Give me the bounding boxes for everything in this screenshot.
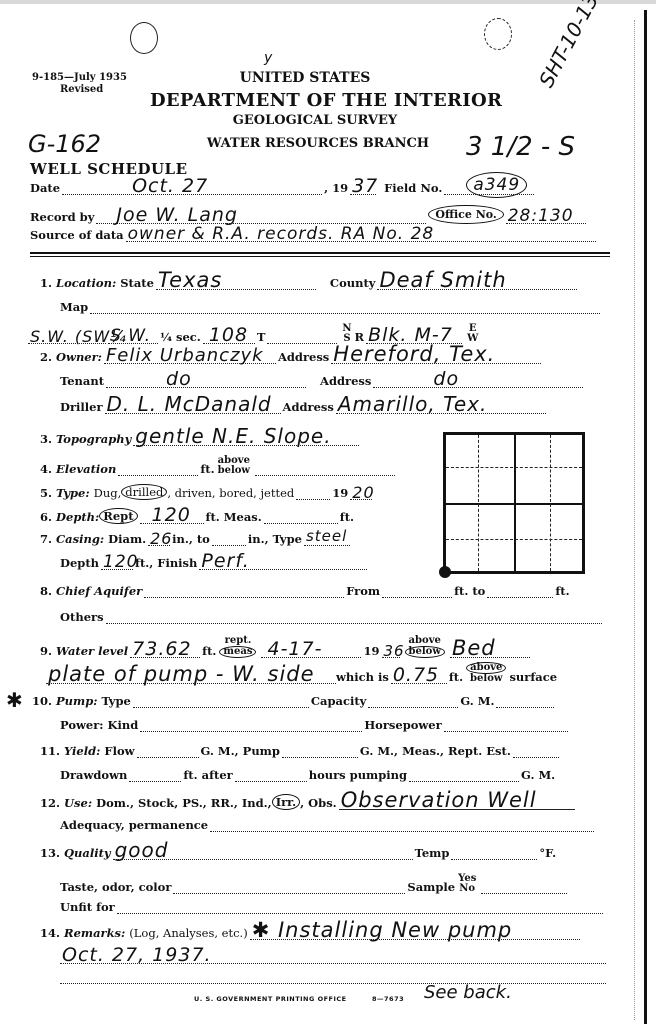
power-row: Power: Kind Horsepower [60, 718, 570, 732]
agency-united-states: UNITED STATES [230, 70, 380, 86]
township-label: T [257, 330, 266, 344]
sample-field[interactable] [481, 880, 567, 894]
water-level-rept-meas[interactable]: rept.meas [219, 636, 256, 658]
type-label: Type: [56, 486, 90, 500]
agency-survey: GEOLOGICAL SURVEY [215, 113, 415, 128]
topography-row: 3. Topography gentle N.E. Slope. [40, 432, 361, 446]
topography-field[interactable]: gentle N.E. Slope. [133, 432, 359, 446]
agency-department: DEPARTMENT OF THE INTERIOR [150, 90, 490, 111]
year-prefix: , 19 [324, 181, 348, 195]
use-label: Use: [64, 796, 92, 810]
field-no-label: Field No. [384, 181, 442, 195]
casing-depth-row: Depth 120 ft., Finish Perf. [60, 556, 369, 570]
pump-type-field[interactable] [133, 694, 309, 708]
water-level-reference-field[interactable]: Bed [450, 644, 530, 658]
remarks-row3 [60, 970, 606, 984]
aquifer-label: Chief Aquifer [56, 584, 142, 598]
quarter2-field[interactable]: S.W. [108, 330, 158, 344]
header-divider [30, 252, 610, 254]
date-row: Date Oct. 27 , 19 37 Field No. a349 [30, 181, 536, 195]
tenant-row: Tenant do Address do [60, 374, 585, 388]
scan-top-edge [0, 0, 656, 4]
driller-address-field[interactable]: Amarillo, Tex. [336, 400, 546, 414]
page-right-border [644, 10, 647, 1024]
casing-type-field[interactable]: steel [304, 532, 350, 546]
location-row: 1. Location: State Texas County Deaf Smi… [40, 276, 579, 290]
drawdown-row: Drawdown ft. after hours pumping G. M. [60, 768, 555, 782]
driller-address-label: Address [283, 400, 334, 414]
water-level-above-below[interactable]: abovebelow [405, 636, 445, 658]
depth-rept-selected[interactable]: Rept [99, 508, 137, 524]
section-location-grid[interactable] [443, 432, 585, 574]
owner-label: Owner: [56, 350, 102, 364]
aquifer-from-field[interactable] [382, 584, 452, 598]
driller-label: Driller [60, 400, 103, 414]
depth-meas-field[interactable] [264, 510, 338, 524]
yield-row: 11. Yield: Flow G. M., Pump G. M., Meas.… [40, 744, 561, 758]
pump-label: Pump: [56, 694, 97, 708]
tenant-label: Tenant [60, 374, 104, 388]
location-label: Location: [56, 276, 116, 290]
taste-field[interactable] [173, 880, 405, 894]
depth-rept-field[interactable]: 120 [140, 510, 204, 524]
township-field[interactable] [267, 330, 337, 344]
aquifer-others-field[interactable] [106, 610, 602, 624]
casing-to-field[interactable] [212, 532, 246, 546]
owner-address-label: Address [278, 350, 329, 364]
drawdown-gm-field[interactable] [409, 768, 519, 782]
yield-flow-field[interactable] [137, 744, 199, 758]
pump-row: 10. Pump: Type Capacity G. M. [32, 694, 556, 708]
source-field[interactable]: owner & R.A. records. RA No. 28 [126, 228, 596, 242]
remarks-row2: Oct. 27, 1937. [60, 950, 606, 964]
sec-label: sec. [176, 330, 201, 344]
depth-row: 6. Depth: Rept 120 ft. Meas. ft. [40, 508, 354, 524]
drawdown-field[interactable] [129, 768, 181, 782]
printer-imprint: U. S. GOVERNMENT PRINTING OFFICE [194, 995, 347, 1003]
pump-extra-field[interactable] [496, 694, 554, 708]
quality-field[interactable]: good [113, 846, 413, 860]
aquifer-others-row: Others [60, 610, 604, 624]
form-number: 9-185—July 1935 [32, 72, 127, 83]
handwritten-mark: y [264, 50, 272, 66]
use-row: 12. Use: Dom., Stock, PS., RR., Ind., Ir… [40, 794, 577, 810]
type-year-field[interactable]: 20 [350, 486, 372, 500]
quality-label: Quality [64, 846, 111, 860]
county-field[interactable]: Deaf Smith [377, 276, 577, 290]
printer-code: 8—7673 [372, 995, 404, 1003]
year-field[interactable]: 37 [350, 181, 376, 195]
quarter-field[interactable]: S.W. (SW¼ [28, 330, 106, 344]
power-kind-field[interactable] [140, 718, 362, 732]
elevation-reference-field[interactable] [255, 462, 395, 476]
unfit-row: Unfit for [60, 900, 605, 914]
yield-est-field[interactable] [513, 744, 559, 758]
water-level-label: Water level [56, 644, 128, 658]
remarks-row: 14. Remarks: (Log, Analyses, etc.) ✱ Ins… [40, 926, 582, 940]
owner-row: 2. Owner: Felix Urbanczyk Address Herefo… [40, 350, 543, 364]
water-level-field[interactable]: 73.62 [130, 644, 200, 658]
surface-above-below[interactable]: abovebelow [466, 662, 506, 684]
casing-diam-field[interactable]: 26 [148, 532, 170, 546]
office-no-label: Office No. [428, 205, 503, 224]
casing-row: 7. Casing: Diam. 26 in., to in., Type st… [40, 532, 352, 546]
elevation-label: Elevation [56, 462, 116, 476]
remarks-field-2[interactable]: Oct. 27, 1937. [60, 950, 606, 964]
use-field[interactable]: Observation Well [339, 796, 575, 810]
horsepower-field[interactable] [444, 718, 568, 732]
map-label: Map [60, 300, 88, 314]
date-label: Date [30, 181, 60, 195]
remarks-label: Remarks: [64, 926, 125, 940]
taste-row: Taste, odor, color Sample YesNo [60, 874, 569, 894]
county-label: County [330, 276, 376, 290]
field-no-value: a349 [466, 172, 527, 198]
sec-field[interactable]: 108 [203, 330, 255, 344]
quality-row: 13. Quality good Temp °F. [40, 846, 556, 860]
driller-row: Driller D. L. McDanald Address Amarillo,… [60, 400, 548, 414]
elevation-row: 4. Elevation ft. abovebelow [40, 456, 397, 476]
form-revised: Revised [60, 84, 103, 95]
depth-label: Depth: [56, 510, 99, 524]
ns-selector[interactable]: NS [342, 324, 351, 344]
source-row: Source of data owner & R.A. records. RA … [30, 228, 598, 242]
punch-hole-right [484, 18, 512, 50]
yield-label: Yield: [64, 744, 100, 758]
casing-label: Casing: [56, 532, 104, 546]
tenant-address-field[interactable]: do [373, 374, 583, 388]
quarter-section-row: S.W. (SW¼ S.W. ¼ sec. 108 T NS R Blk. M-… [28, 324, 481, 344]
date-field[interactable]: Oct. 27 [62, 181, 322, 195]
right-code-annotation: 3 1/2 - S [466, 132, 575, 162]
record-by-row: Record by Joe W. Lang Office No. 28:130 [30, 205, 588, 224]
vertical-code-annotation: SHT-10-13-906 [534, 0, 625, 91]
yield-pump-field[interactable] [282, 744, 358, 758]
water-level-reference2-field[interactable]: plate of pump - W. side [46, 670, 336, 684]
driller-field[interactable]: D. L. McDanald [105, 400, 281, 414]
water-level-date-field[interactable]: 4-17- [261, 644, 361, 658]
state-label: State [120, 276, 154, 290]
state-field[interactable]: Texas [156, 276, 316, 290]
well-location-marker [439, 566, 451, 578]
remarks-field[interactable]: ✱ Installing New pump [250, 926, 580, 940]
field-no-field[interactable]: a349 [444, 181, 534, 195]
see-back-annotation: See back. [424, 982, 512, 1003]
page-right-perforation [634, 20, 635, 1020]
aquifer-row: 8. Chief Aquifer From ft. to ft. [40, 584, 570, 598]
owner-field[interactable]: Felix Urbanczyk [104, 350, 276, 364]
type-drilled-selected[interactable]: drilled [121, 484, 167, 500]
unfit-field[interactable] [117, 900, 603, 914]
owner-address-field[interactable]: Hereford, Tex. [331, 350, 541, 364]
water-level-height-field[interactable]: 0.75 [391, 670, 447, 684]
casing-depth-field[interactable]: 120 [101, 556, 133, 570]
map-field[interactable] [90, 300, 600, 314]
elevation-above-below[interactable]: abovebelow [218, 456, 250, 476]
casing-finish-field[interactable]: Perf. [199, 556, 367, 570]
record-by-label: Record by [30, 210, 94, 224]
office-no-field[interactable]: 28:130 [506, 210, 586, 224]
punch-hole-left [130, 22, 158, 54]
record-by-field[interactable]: Joe W. Lang [96, 210, 426, 224]
water-level-row: 9. Water level 73.62 ft. rept.meas 4-17-… [40, 636, 532, 658]
elevation-field[interactable] [118, 462, 198, 476]
g-number-annotation: G-162 [28, 130, 101, 158]
adequacy-field[interactable] [210, 818, 594, 832]
water-level-year-field[interactable]: 36 [382, 644, 400, 658]
aquifer-to-field[interactable] [487, 584, 553, 598]
aquifer-field[interactable] [144, 584, 344, 598]
type-row: 5. Type: Dug, drilled , driven, bored, j… [40, 484, 374, 500]
ew-selector[interactable]: EW [467, 324, 478, 344]
temp-field[interactable] [451, 846, 537, 860]
agency-branch: WATER RESOURCES BRANCH [192, 136, 444, 151]
sample-yes-no[interactable]: YesNo [458, 874, 476, 894]
topography-label: Topography [56, 432, 131, 446]
remarks-field-3[interactable] [60, 970, 606, 984]
star-marker-icon: ✱ [6, 688, 23, 712]
drawdown-hours-field[interactable] [235, 768, 307, 782]
map-row: Map [60, 300, 602, 314]
tenant-field[interactable]: do [106, 374, 306, 388]
tenant-address-label: Address [320, 374, 371, 388]
header-divider-thin [30, 256, 610, 257]
water-level-row2: plate of pump - W. side which is 0.75 ft… [46, 662, 557, 684]
adequacy-row: Adequacy, permanence [60, 818, 596, 832]
source-label: Source of data [30, 228, 124, 242]
pump-capacity-field[interactable] [368, 694, 458, 708]
use-irr-selected[interactable]: Irr. [272, 794, 300, 810]
